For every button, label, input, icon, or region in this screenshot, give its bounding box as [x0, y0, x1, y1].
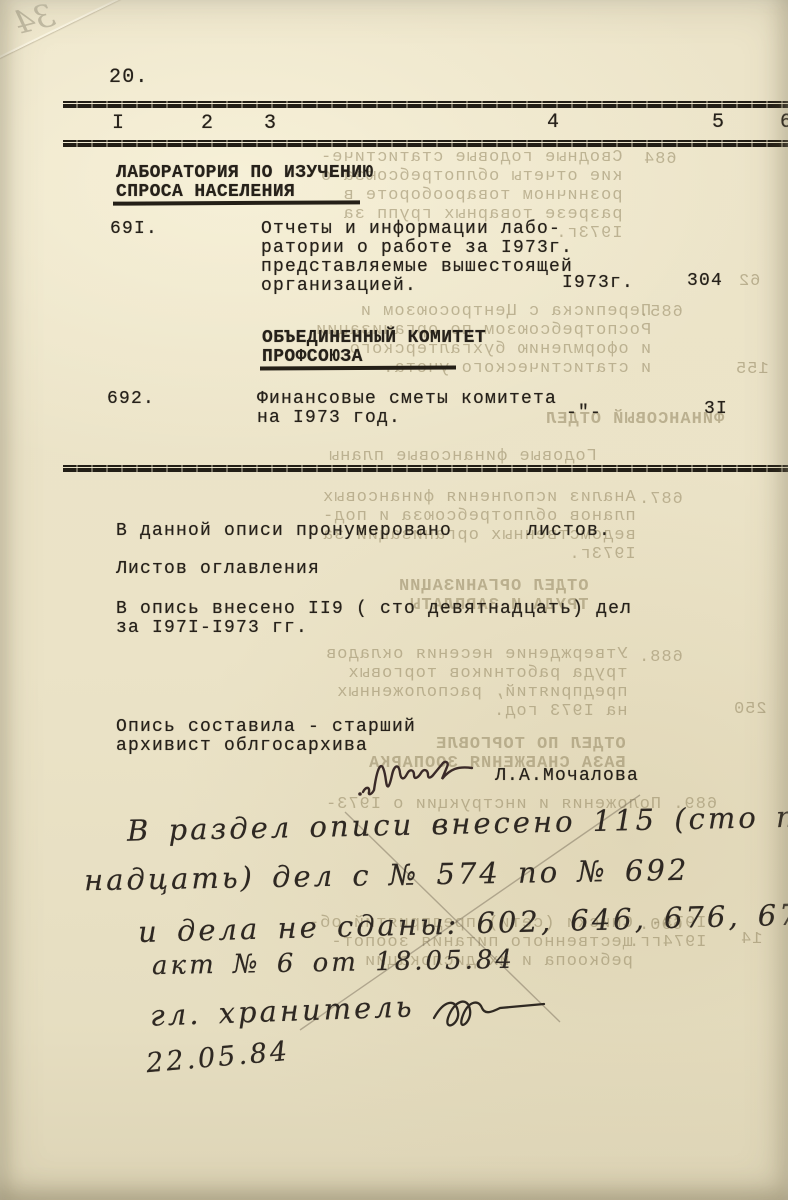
summary-total-line2: за I97I-I973 гг. — [116, 618, 308, 638]
entry-691-desc-line1: Отчеты и информации лабо- — [261, 219, 561, 239]
summary-total-line1: В опись внесено II9 ( сто девятнадцать) … — [116, 599, 632, 619]
summary-numbered-right: листов. — [527, 521, 611, 541]
section-lab-title-line1: ЛАБОРАТОРИЯ ПО ИЗУЧЕНИЮ — [116, 163, 374, 183]
compiler-line2: архивист облгосархива — [116, 736, 368, 756]
summary-numbered-left: В данной описи пронумеровано — [116, 521, 452, 541]
bleedthrough-sheets: 250 — [733, 700, 767, 719]
section-committee-title-line2: ПРОФСОЮЗА — [262, 347, 363, 367]
custodian-signature — [428, 986, 578, 1036]
bleedthrough-text: Утверждение несения окладов труда работн… — [325, 645, 627, 721]
column-header-5: 5 — [712, 111, 725, 134]
entry-691-date: I973г. — [562, 273, 634, 293]
bleedthrough-number: 688. — [638, 648, 683, 667]
compiler-signature — [355, 748, 500, 800]
section-committee-title-line1: ОБЪЕДИНЕННЫЙ КОМИТЕТ — [262, 328, 486, 348]
entry-691-sheet-count: 304 — [687, 271, 723, 291]
entry-692-date-ditto: -"- — [566, 403, 602, 423]
column-header-2: 2 — [201, 112, 214, 135]
handwritten-line2: надцать) дел с № 574 по № 692 — [84, 853, 690, 898]
bleedthrough-sheets: 155 — [735, 360, 769, 379]
handwritten-line5: гл. хранитель — [149, 989, 414, 1032]
compiler-name: Л.А.Мочалова — [495, 766, 639, 786]
entry-691-desc-line3: представляемые вышестоящей — [261, 257, 573, 277]
column-header-1: I — [112, 112, 125, 135]
table-rule-header-bottom — [63, 140, 788, 147]
entry-691-desc-line4: организацией. — [261, 276, 417, 296]
bleedthrough-sheets: 62 — [738, 272, 760, 291]
section-lab-title-line2: СПРОСА НАСЕЛЕНИЯ — [116, 182, 295, 202]
page-number: 20. — [109, 66, 149, 89]
column-header-3: 3 — [264, 112, 277, 135]
entry-691-number: 69I. — [110, 219, 158, 239]
handwritten-line4: акт № 6 от 18.05.84 — [152, 945, 515, 981]
pencil-mark: 34 — [10, 0, 59, 42]
bleedthrough-text: Годовые финансовые планы — [328, 447, 597, 466]
compiler-line1: Опись составила - старший — [116, 717, 416, 737]
entry-692-desc-line2: на I973 год. — [257, 408, 401, 428]
entry-691-desc-line2: ратории о работе за I973г. — [261, 238, 573, 258]
table-rule-top — [63, 101, 788, 108]
entry-692-sheet-count: 3I — [704, 399, 728, 419]
bleedthrough-number: 687. — [638, 490, 683, 509]
column-header-4: 4 — [547, 111, 560, 134]
handwritten-line6: 22.05.84 — [145, 1036, 291, 1079]
column-header-6: 6 — [780, 111, 788, 134]
summary-toc-line: Листов оглавления — [116, 559, 320, 579]
entry-692-number: 692. — [107, 389, 155, 409]
scanned-archive-page: 34 Сводные годовые статистиче- кие отчет… — [0, 0, 788, 1200]
entry-692-desc-line1: Финансовые сметы комитета — [257, 389, 557, 409]
bleedthrough-number: 684 — [643, 150, 677, 169]
table-rule-bottom — [63, 465, 788, 472]
